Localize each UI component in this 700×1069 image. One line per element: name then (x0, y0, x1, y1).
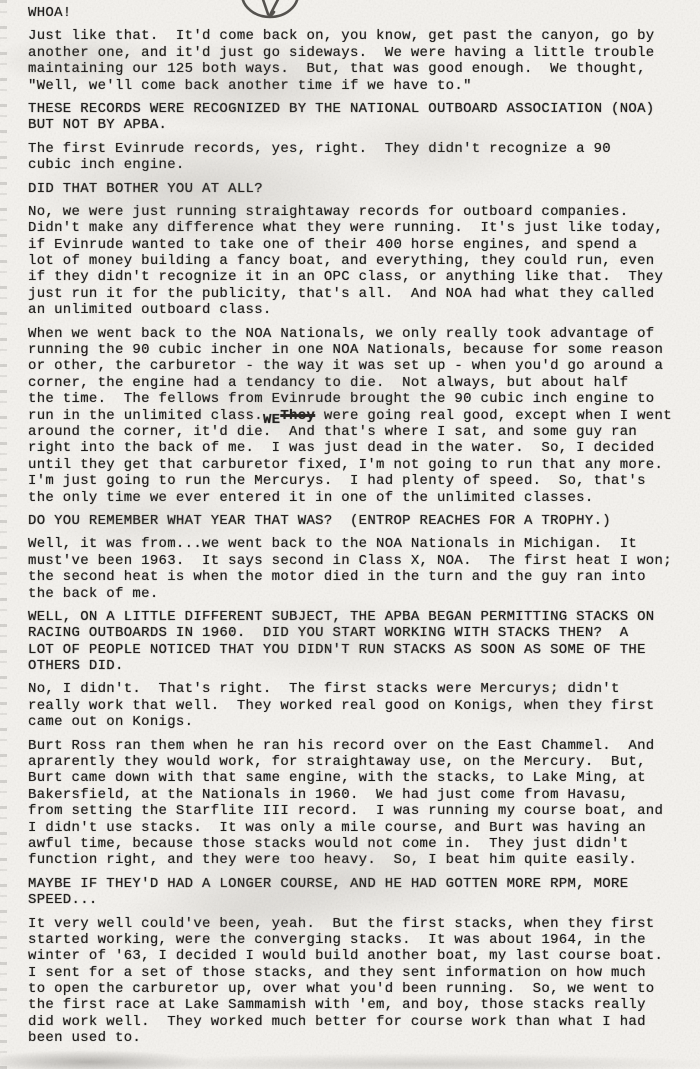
text-line: "Well, we'll come back another time if w… (28, 78, 700, 94)
text-line: No, I didn't. That's right. The first st… (28, 681, 700, 697)
edited-text-insert: WE (263, 412, 280, 428)
text-segment: run in the unlimited class. (28, 408, 263, 424)
interview-answer: Burt Ross ran them when he ran his recor… (28, 738, 700, 869)
text-line: maintaining our 125 both ways. But, that… (28, 61, 700, 77)
text-line: awful time, because those stacks would n… (28, 836, 700, 852)
text-line: DO YOU REMEMBER WHAT YEAR THAT WAS? (ENT… (28, 513, 700, 529)
text-line: Didn't make any difference what they wer… (28, 220, 700, 236)
text-line: the time. The fellows from Evinrude brou… (28, 391, 700, 407)
text-line: WELL, ON A LITTLE DIFFERENT SUBJECT, THE… (28, 609, 700, 625)
text-line: Just like that. It'd come back on, you k… (28, 28, 700, 44)
text-line: run in the unlimited class.WEThey were g… (28, 408, 700, 424)
text-segment: were going real good, except when I went (315, 408, 672, 424)
interview-answer: Well, it was from...we went back to the … (28, 536, 700, 602)
text-line: function right, and they were too heavy.… (28, 852, 700, 868)
text-line: No, we were just running straightaway re… (28, 204, 700, 220)
document-body: WHOA!Just like that. It'd come back on, … (28, 5, 700, 1054)
text-line: the only time we ever entered it in one … (28, 490, 700, 506)
text-line: LOT OF PEOPLE NOTICED THAT YOU DIDN'T RU… (28, 642, 700, 658)
interview-answer: The first Evinrude records, yes, right. … (28, 141, 700, 174)
scan-edge-artifacts (0, 0, 7, 1069)
text-line: really work that well. They worked real … (28, 698, 700, 714)
text-line: if Evinrude wanted to take one of their … (28, 237, 700, 253)
text-line: started working, were the converging sta… (28, 932, 700, 948)
text-line: BUT NOT BY APBA. (28, 117, 700, 133)
text-line: must've been 1963. It says second in Cla… (28, 553, 700, 569)
text-line: I sent for a set of those stacks, and th… (28, 965, 700, 981)
text-line: lot of money building a fancy boat, and … (28, 253, 700, 269)
text-line: Bakersfield, at the Nationals in 1960. W… (28, 787, 700, 803)
interview-question: WELL, ON A LITTLE DIFFERENT SUBJECT, THE… (28, 609, 700, 675)
text-line: another one, and it'd just go sideways. … (28, 45, 700, 61)
interview-question: DID THAT BOTHER YOU AT ALL? (28, 181, 700, 197)
text-line: WHOA! (28, 5, 700, 21)
text-line: an unlimited outboard class. (28, 302, 700, 318)
interview-question: THESE RECORDS WERE RECOGNIZED BY THE NAT… (28, 101, 700, 134)
text-line: just run it for the publicity, that's al… (28, 286, 700, 302)
text-line: aprarently they would work, for straight… (28, 754, 700, 770)
text-line: It very well could've been, yeah. But th… (28, 916, 700, 932)
text-line: until they get that carburetor fixed, I'… (28, 457, 700, 473)
text-line: The first Evinrude records, yes, right. … (28, 141, 700, 157)
interview-answer: WHOA! (28, 5, 700, 21)
text-line: When we went back to the NOA Nationals, … (28, 326, 700, 342)
edited-text-strike: They (280, 408, 315, 424)
text-line: did work well. They worked much better f… (28, 1014, 700, 1030)
scanned-page: WHOA!Just like that. It'd come back on, … (0, 0, 700, 1069)
text-line: the first race at Lake Sammamish with 'e… (28, 997, 700, 1013)
text-line: cubic inch engine. (28, 157, 700, 173)
text-line: RACING OUTBOARDS IN 1960. DID YOU START … (28, 625, 700, 641)
text-line: Well, it was from...we went back to the … (28, 536, 700, 552)
text-line: Burt Ross ran them when he ran his recor… (28, 738, 700, 754)
text-line: winter of '63, I decided I would build a… (28, 948, 700, 964)
interview-question: MAYBE IF THEY'D HAD A LONGER COURSE, AND… (28, 876, 700, 909)
interview-answer: No, I didn't. That's right. The first st… (28, 681, 700, 730)
text-line: if they didn't recognize it in an OPC cl… (28, 269, 700, 285)
text-line: corner, the engine had a tendancy to die… (28, 375, 700, 391)
text-line: right into the back of me. I was just de… (28, 440, 700, 456)
text-line: THESE RECORDS WERE RECOGNIZED BY THE NAT… (28, 101, 700, 117)
interview-question: DO YOU REMEMBER WHAT YEAR THAT WAS? (ENT… (28, 513, 700, 529)
interview-answer: Just like that. It'd come back on, you k… (28, 28, 700, 94)
interview-answer: It very well could've been, yeah. But th… (28, 916, 700, 1047)
text-line: around the corner, it'd die. And that's … (28, 424, 700, 440)
text-line: DID THAT BOTHER YOU AT ALL? (28, 181, 700, 197)
text-line: been used to. (28, 1030, 700, 1046)
text-line: or other, the carburetor - the way it wa… (28, 358, 700, 374)
text-line: running the 90 cubic incher in one NOA N… (28, 342, 700, 358)
interview-answer: When we went back to the NOA Nationals, … (28, 326, 700, 506)
text-line: Burt came down with that same engine, wi… (28, 770, 700, 786)
text-line: came out on Konigs. (28, 714, 700, 730)
text-line: MAYBE IF THEY'D HAD A LONGER COURSE, AND… (28, 876, 700, 892)
text-line: to open the carburetor up, over what you… (28, 981, 700, 997)
text-line: the second heat is when the motor died i… (28, 569, 700, 585)
text-line: from setting the Starflite III record. I… (28, 803, 700, 819)
text-line: I didn't use stacks. It was only a mile … (28, 820, 700, 836)
text-line: SPEED... (28, 892, 700, 908)
text-line: I'm just going to run the Mercurys. I ha… (28, 473, 700, 489)
interview-answer: No, we were just running straightaway re… (28, 204, 700, 319)
text-line: OTHERS DID. (28, 658, 700, 674)
text-line: the back of me. (28, 586, 700, 602)
